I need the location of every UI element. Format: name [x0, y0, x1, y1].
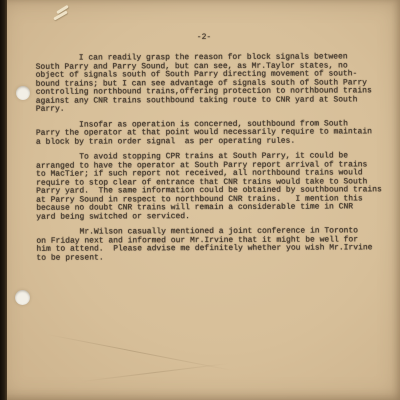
- paragraph: Mr.Wilson casually mentioned a joint con…: [36, 227, 376, 262]
- text-line: against any CNR trains southbound taking…: [36, 96, 376, 106]
- page-number: -2-: [36, 33, 372, 42]
- document-body: I can readily grasp the reason for block…: [36, 53, 377, 269]
- paper-sheet: -2- I can readily grasp the reason for b…: [0, 0, 400, 400]
- paragraph: Insofar as operation is concerned, south…: [36, 120, 376, 147]
- paragraph: To avoid stopping CPR trains at South Pa…: [36, 152, 376, 221]
- binder-edge-shadow: [0, 0, 7, 400]
- paragraph: I can readily grasp the reason for block…: [36, 53, 376, 114]
- pencil-check-mark: [50, 5, 76, 23]
- text-line: to be present.: [36, 253, 376, 263]
- punch-hole-top: [16, 86, 30, 100]
- text-line: a block by train order signal as per ope…: [36, 137, 376, 147]
- text-line: Parry.: [36, 104, 376, 114]
- punch-hole-bottom: [15, 290, 30, 305]
- paper-crease: [80, 363, 229, 382]
- text-line: yard being switched or serviced.: [36, 212, 376, 222]
- paper-crease: [47, 334, 234, 371]
